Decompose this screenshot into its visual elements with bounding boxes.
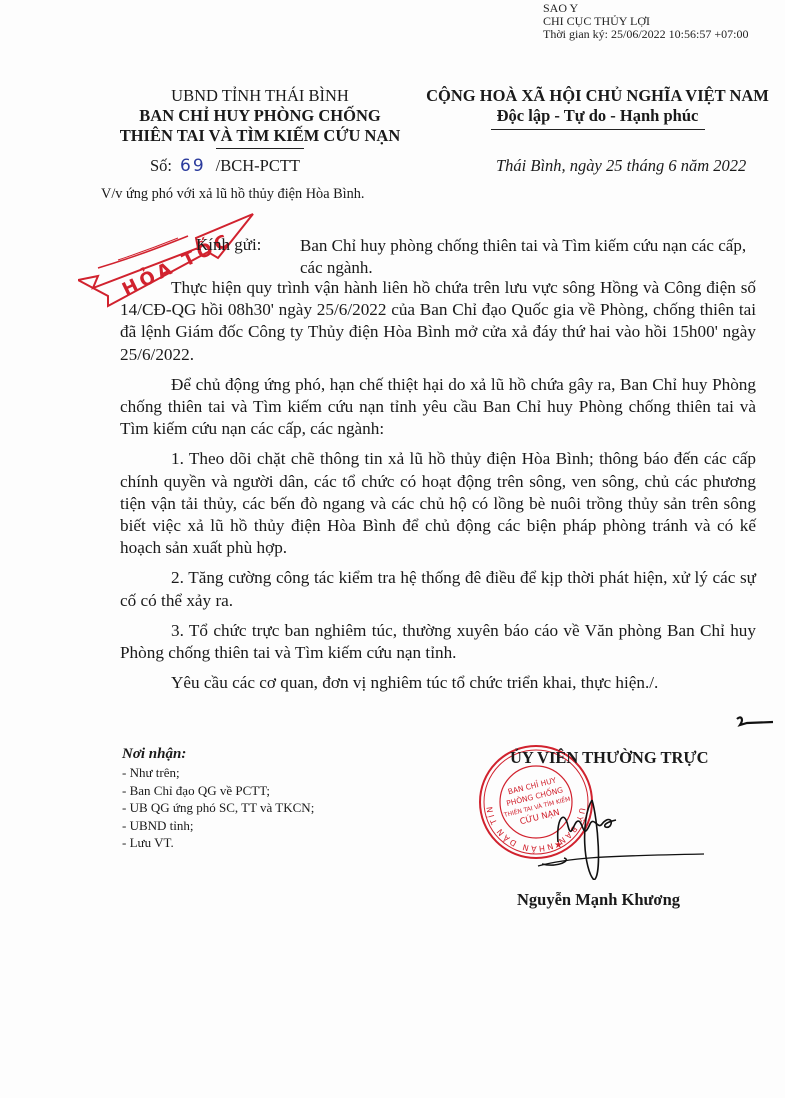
document-body: Thực hiện quy trình vận hành liên hồ chứ… bbox=[120, 277, 756, 702]
body-paragraph: Thực hiện quy trình vận hành liên hồ chứ… bbox=[120, 277, 756, 366]
issuer-name-line1: BAN CHỈ HUY PHÒNG CHỐNG bbox=[100, 106, 420, 126]
body-paragraph: 1. Theo dõi chặt chẽ thông tin xả lũ hồ … bbox=[120, 448, 756, 559]
document-date: Thái Bình, ngày 25 tháng 6 năm 2022 bbox=[496, 156, 746, 176]
national-header: CỘNG HOÀ XÃ HỘI CHỦ NGHĨA VIỆT NAM Độc l… bbox=[410, 86, 785, 130]
document-number: Số:69/BCH-PCTT bbox=[150, 156, 300, 176]
recipient-item: - UBND tỉnh; bbox=[122, 817, 314, 835]
issuer-underline bbox=[216, 148, 304, 149]
copy-sign-time: Thời gian ký: 25/06/2022 10:56:57 +07:00 bbox=[543, 28, 748, 41]
issuer-parent-agency: UBND TỈNH THÁI BÌNH bbox=[100, 86, 420, 106]
body-paragraph: 3. Tổ chức trực ban nghiêm túc, thường x… bbox=[120, 620, 756, 664]
recipient-item: - Như trên; bbox=[122, 764, 314, 782]
national-name: CỘNG HOÀ XÃ HỘI CHỦ NGHĨA VIỆT NAM bbox=[410, 86, 785, 106]
number-suffix: /BCH-PCTT bbox=[216, 156, 300, 175]
body-paragraph: Để chủ động ứng phó, hạn chế thiệt hại d… bbox=[120, 374, 756, 441]
addressee-label: Kính gửi: bbox=[196, 235, 261, 255]
recipients-title: Nơi nhận: bbox=[122, 745, 314, 764]
document-subject: V/v ứng phó với xả lũ hồ thủy điện Hòa B… bbox=[101, 186, 365, 203]
signatory-title: ỦY VIÊN THƯỜNG TRỰC bbox=[510, 748, 708, 768]
issuer-name-line2: THIÊN TAI VÀ TÌM KIẾM CỨU NẠN bbox=[100, 126, 420, 146]
initial-mark-icon bbox=[735, 715, 775, 734]
signer-name: Nguyễn Mạnh Khương bbox=[517, 890, 680, 910]
motto-underline bbox=[491, 129, 705, 130]
digital-copy-header: SAO Y CHI CỤC THỦY LỢI Thời gian ký: 25/… bbox=[543, 2, 748, 41]
recipient-item: - Ban Chỉ đạo QG về PCTT; bbox=[122, 782, 314, 800]
handwritten-signature bbox=[528, 780, 728, 885]
addressee-text: Ban Chỉ huy phòng chống thiên tai và Tìm… bbox=[300, 235, 760, 279]
body-paragraph: Yêu cầu các cơ quan, đơn vị nghiêm túc t… bbox=[120, 672, 756, 694]
recipient-item: - Lưu VT. bbox=[122, 834, 314, 852]
issuer-header: UBND TỈNH THÁI BÌNH BAN CHỈ HUY PHÒNG CH… bbox=[100, 86, 420, 149]
national-motto: Độc lập - Tự do - Hạnh phúc bbox=[410, 106, 785, 126]
body-paragraph: 2. Tăng cường công tác kiểm tra hệ thống… bbox=[120, 567, 756, 611]
recipients-block: Nơi nhận: - Như trên; - Ban Chỉ đạo QG v… bbox=[122, 745, 314, 852]
signature-icon bbox=[528, 780, 728, 880]
recipient-item: - UB QG ứng phó SC, TT và TKCN; bbox=[122, 799, 314, 817]
number-label: Số: bbox=[150, 156, 172, 175]
number-value: 69 bbox=[180, 156, 206, 176]
